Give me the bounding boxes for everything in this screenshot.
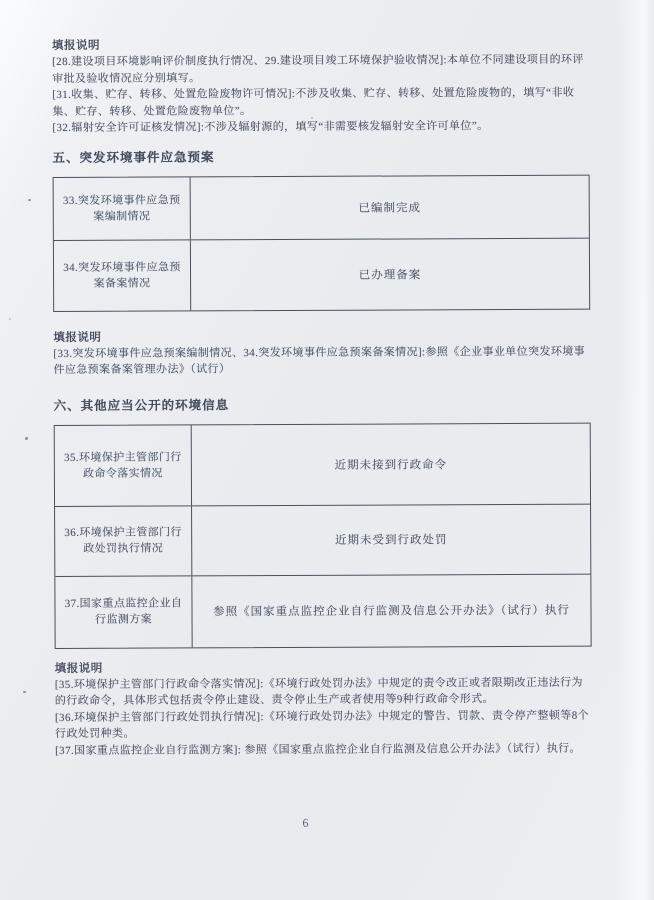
note-item-31: [31.收集、贮存、转移、处置危险废物许可情况]:不涉及收集、贮存、转移、处置危… [52, 85, 589, 120]
table-row: 36.环境保护主管部门行政处罚执行情况 近期未受到行政处罚 [55, 503, 590, 575]
row36-label: 36.环境保护主管部门行政处罚执行情况 [55, 506, 192, 576]
page-number: 6 [55, 815, 592, 832]
table-row: 34.突发环境事件应急预案备案情况 已办理备案 [54, 237, 589, 310]
scan-edge-shade [616, 0, 654, 900]
row34-label: 34.突发环境事件应急预案备案情况 [54, 240, 191, 311]
section6-table: 35.环境保护主管部门行政命令落实情况 近期未接到行政命令 36.环境保护主管部… [54, 422, 592, 648]
row35-label: 35.环境保护主管部门行政命令落实情况 [55, 425, 192, 506]
section6-heading: 六、其他应当公开的环境信息 [54, 394, 591, 414]
section5-table: 33.突发环境事件应急预案编制情况 已编制完成 34.突发环境事件应急预案备案情… [53, 174, 591, 311]
note-item-37: [37.国家重点监控企业自行监测方案]: 参照《国家重点监控企业自行监测及信息公… [55, 740, 592, 759]
row34-value: 已办理备案 [191, 238, 589, 310]
note-item-28-29: [28.建设项目环境影响评价制度执行情况、29.建设项目竣工环境保护验收情况]:… [52, 52, 589, 87]
row36-value: 近期未受到行政处罚 [192, 504, 590, 575]
note-item-36: [36.环境保护主管部门行政处罚执行情况]:《环境行政处罚办法》中规定的警告、罚… [55, 707, 592, 742]
table-row: 37.国家重点监控企业自行监测方案 参照《国家重点监控企业自行监测及信息公开办法… [55, 573, 590, 647]
note-item-32: [32.辐射安全许可证核发情况]:不涉及辐射源的，填写“非需要核发辐射安全许可单… [52, 118, 589, 137]
note-item-33-34: [33.突发环境事件应急预案编制情况、34.突发环境事件应急预案备案情况]:参照… [53, 343, 590, 378]
row33-label: 33.突发环境事件应急预案编制情况 [54, 177, 191, 240]
note-item-35: [35.环境保护主管部门行政命令落实情况]:《环境行政处罚办法》中规定的责令改正… [55, 674, 592, 709]
table-row: 35.环境保护主管部门行政命令落实情况 近期未接到行政命令 [55, 423, 590, 505]
notes-top: 填报说明 [28.建设项目环境影响评价制度执行情况、29.建设项目竣工环境保护验… [52, 36, 589, 137]
row37-value: 参照《国家重点监控企业自行监测及信息公开办法》（试行）执行 [192, 574, 590, 647]
row37-label: 37.国家重点监控企业自行监测方案 [55, 576, 192, 648]
section5-heading: 五、突发环境事件应急预案 [52, 146, 589, 166]
row35-value: 近期未接到行政命令 [192, 423, 590, 505]
scan-speck [28, 199, 31, 201]
scan-speck [23, 691, 26, 693]
notes-section5: 填报说明 [33.突发环境事件应急预案编制情况、34.突发环境事件应急预案备案情… [53, 327, 590, 378]
row33-value: 已编制完成 [191, 175, 589, 239]
scan-speck [9, 318, 11, 320]
document-content: 填报说明 [28.建设项目环境影响评价制度执行情况、29.建设项目竣工环境保护验… [52, 36, 592, 832]
scan-speck [25, 437, 28, 440]
notes-section6: 填报说明 [35.环境保护主管部门行政命令落实情况]:《环境行政处罚办法》中规定… [55, 658, 592, 759]
scanned-page: 填报说明 [28.建设项目环境影响评价制度执行情况、29.建设项目竣工环境保护验… [0, 0, 654, 900]
table-row: 33.突发环境事件应急预案编制情况 已编制完成 [54, 175, 589, 239]
